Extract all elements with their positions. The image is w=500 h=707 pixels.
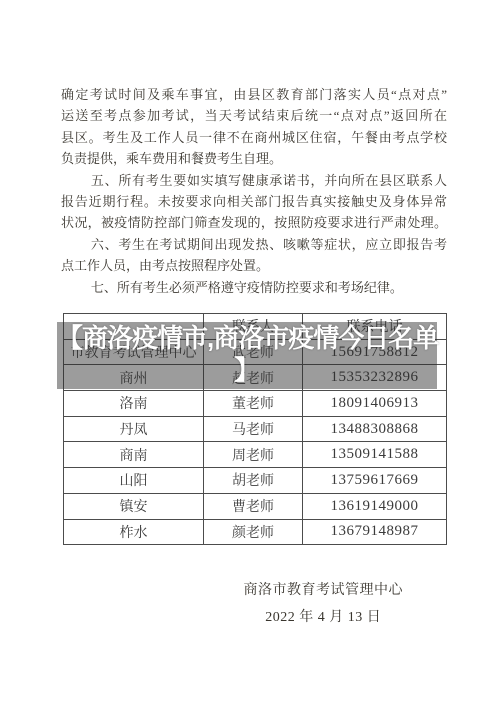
table-row: 商南 周老师 13509141588 (64, 442, 447, 468)
unit-cell: 洛南 (64, 391, 204, 417)
body-line: 状况，被疫情防控部门筛查发现的，按照防疫要求进行严肃处理。 (61, 212, 447, 233)
contact-cell: 胡老师 (204, 468, 303, 494)
overlay-banner: 【商洛疫情市,商洛市疫情今日名单 】 (57, 322, 437, 389)
body-line: 七、所有考生必须严格遵守疫情防控要求和考场纪律。 (61, 277, 447, 298)
unit-cell: 丹凤 (64, 416, 204, 442)
table-row: 洛南 董老师 18091406913 (64, 391, 447, 417)
phone-cell: 13679148987 (303, 519, 447, 545)
unit-cell: 商南 (64, 442, 204, 468)
contact-cell: 周老师 (204, 442, 303, 468)
table-row: 镇安 曹老师 13619149000 (64, 493, 447, 519)
body-line: 报告近期行程。未按要求向相关部门报告真实接触史及身体异常 (61, 191, 447, 212)
banner-title-line1: 【商洛疫情市,商洛市疫情今日名单 (57, 322, 437, 354)
unit-cell: 柞水 (64, 519, 204, 545)
signature-date: 2022 年 4 月 13 日 (244, 604, 404, 631)
body-line: 县区。考生及工作人员一律不在商州城区住宿，午餐由考点学校 (61, 127, 447, 148)
phone-cell: 13488308868 (303, 416, 447, 442)
signature-org: 商洛市教育考试管理中心 (244, 577, 404, 604)
body-line: 确定考试时间及乘车事宜，由县区教育部门落实人员“点对点” (61, 84, 447, 105)
table-row: 丹凤 马老师 13488308868 (64, 416, 447, 442)
body-line: 点工作人员，由考点按照程序处置。 (61, 255, 447, 276)
contact-cell: 颜老师 (204, 519, 303, 545)
contact-cell: 曹老师 (204, 493, 303, 519)
unit-cell: 山阳 (64, 468, 204, 494)
table-row: 柞水 颜老师 13679148987 (64, 519, 447, 545)
contact-cell: 董老师 (204, 391, 303, 417)
body-line: 六、考生在考试期间出现发热、咳嗽等症状，应立即报告考 (61, 234, 447, 255)
document-page: 确定考试时间及乘车事宜，由县区教育部门落实人员“点对点” 运送至考点参加考试，当… (0, 0, 500, 707)
phone-cell: 13759617669 (303, 468, 447, 494)
signature-block: 商洛市教育考试管理中心 2022 年 4 月 13 日 (244, 577, 404, 631)
phone-cell: 13509141588 (303, 442, 447, 468)
body-text: 确定考试时间及乘车事宜，由县区教育部门落实人员“点对点” 运送至考点参加考试，当… (61, 84, 447, 298)
unit-cell: 镇安 (64, 493, 204, 519)
table-row: 山阳 胡老师 13759617669 (64, 468, 447, 494)
phone-cell: 18091406913 (303, 391, 447, 417)
body-line: 负责提供，乘车费用和餐费考生自理。 (61, 148, 447, 169)
contact-cell: 马老师 (204, 416, 303, 442)
body-line: 运送至考点参加考试，当天考试结束后统一“点对点”返回所在 (61, 105, 447, 126)
banner-title-line2: 】 (57, 354, 437, 387)
body-line: 五、所有考生要如实填写健康承诺书，并向所在县区联系人 (61, 170, 447, 191)
phone-cell: 13619149000 (303, 493, 447, 519)
